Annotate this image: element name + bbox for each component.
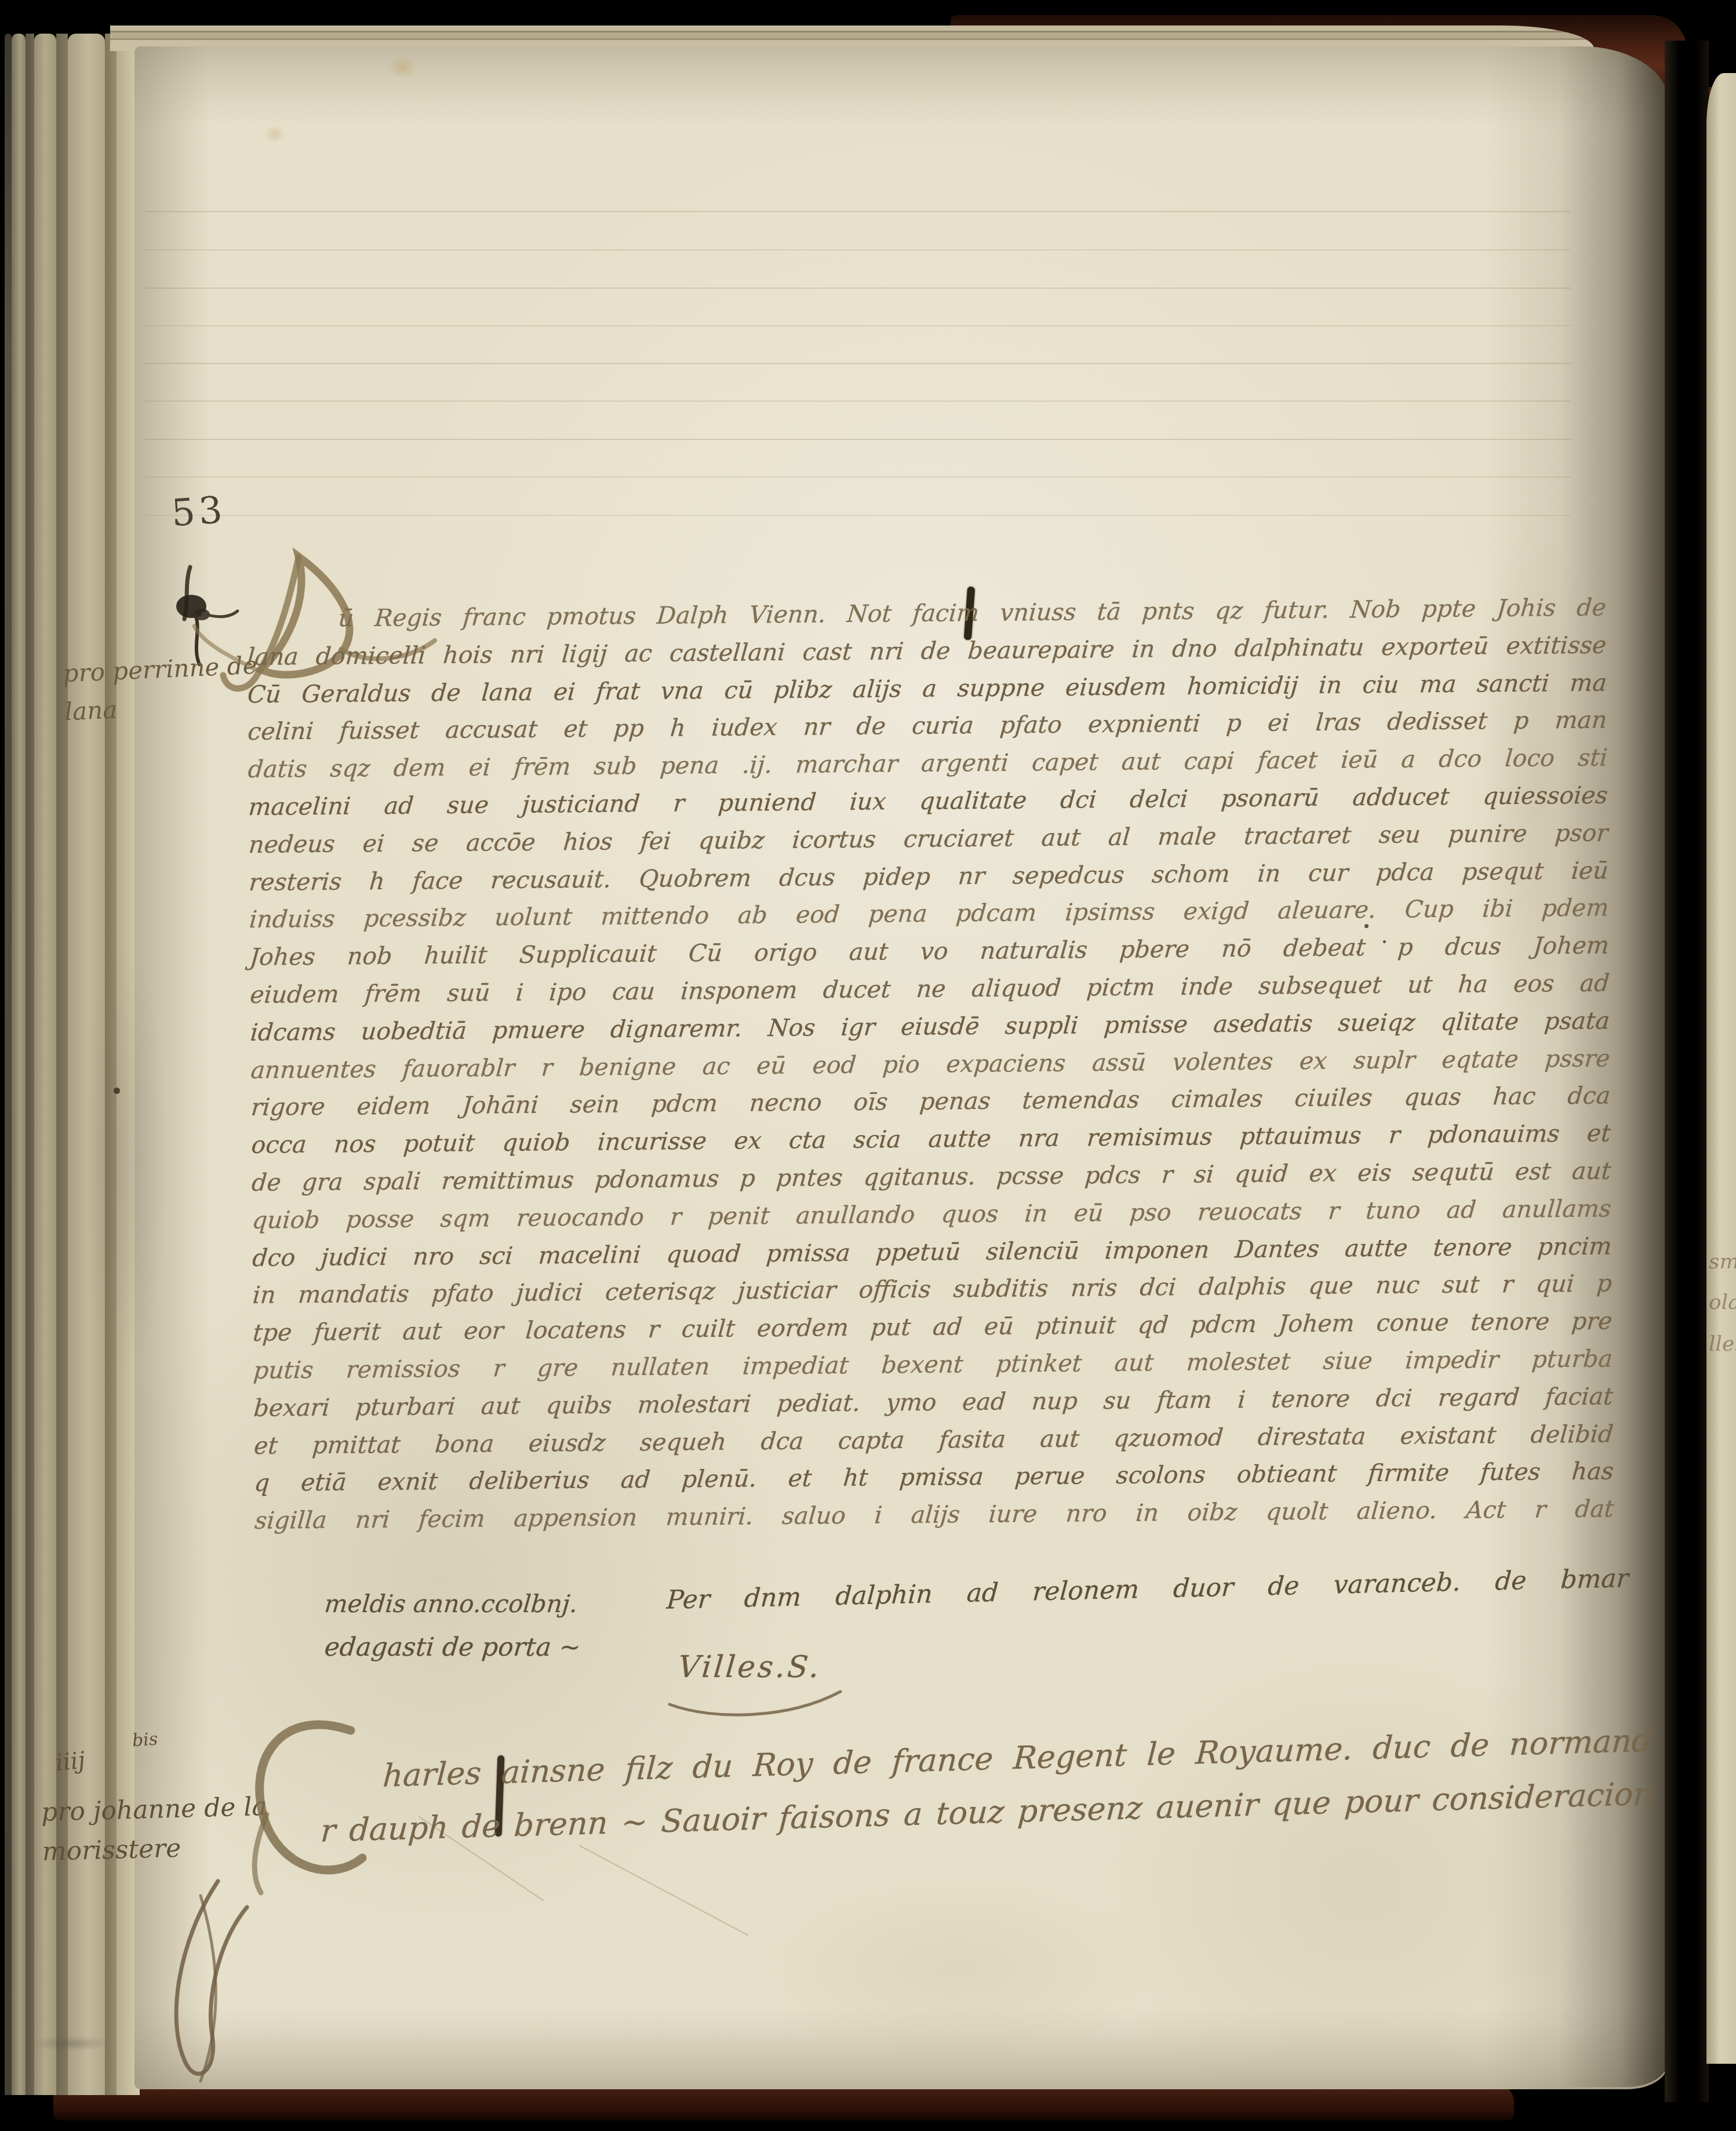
page-edge-strip bbox=[5, 34, 12, 2095]
manuscript-photo: { "document": { "folio_number": "53", "m… bbox=[0, 0, 1736, 2131]
initial-letter-C bbox=[232, 1704, 383, 1896]
margin-superscript: bis bbox=[132, 1729, 159, 1751]
ruled-line bbox=[145, 439, 1571, 440]
page-edge-strip bbox=[12, 34, 26, 2095]
folio-number: 53 bbox=[170, 489, 227, 535]
faint-stamp-smudge bbox=[34, 2036, 109, 2051]
ruled-line bbox=[145, 363, 1571, 364]
foxing-stain bbox=[264, 125, 285, 143]
ruled-line bbox=[145, 401, 1571, 402]
clerk-signature: Villes.S. bbox=[676, 1650, 822, 1685]
ruled-line bbox=[145, 288, 1571, 289]
page-edge-strip bbox=[26, 34, 34, 2095]
paraph-flourish bbox=[131, 1872, 270, 2093]
ink-dot bbox=[114, 1088, 120, 1094]
ruled-line bbox=[145, 325, 1571, 326]
ruled-line bbox=[145, 477, 1571, 478]
ruled-line bbox=[145, 249, 1571, 250]
smudge-stain bbox=[754, 1872, 1159, 2064]
leather-binding-bottom bbox=[53, 2085, 1514, 2121]
gutter-shadow bbox=[1665, 41, 1709, 2102]
page-edge-strip bbox=[34, 34, 56, 2095]
ruled-line-vertical bbox=[1642, 99, 1643, 875]
page-edge-strip bbox=[56, 34, 68, 2095]
ruled-line-vertical bbox=[1642, 875, 1643, 1861]
latin-entry-text: ū Regis franc pmotus Dalph Vienn. Not fa… bbox=[246, 594, 1614, 1544]
closing-clause: edagasti de porta ~ bbox=[323, 1632, 582, 1662]
margin-numeral: iiij bbox=[54, 1747, 86, 1776]
ruled-line bbox=[145, 515, 1571, 516]
next-folio-edge: sm olaun llebew bbox=[1706, 73, 1736, 2064]
next-folio-text-fragment: olaun bbox=[1709, 1290, 1736, 1314]
foxing-stain bbox=[387, 56, 417, 79]
smudge-stain bbox=[81, 939, 168, 1380]
date-clause: meldis anno.ccolbnj. bbox=[323, 1590, 579, 1618]
next-folio-text-fragment: llebew bbox=[1709, 1332, 1736, 1356]
ruled-line bbox=[145, 211, 1571, 212]
signature-flourish bbox=[667, 1681, 852, 1722]
next-folio-text-fragment: sm bbox=[1709, 1250, 1736, 1274]
